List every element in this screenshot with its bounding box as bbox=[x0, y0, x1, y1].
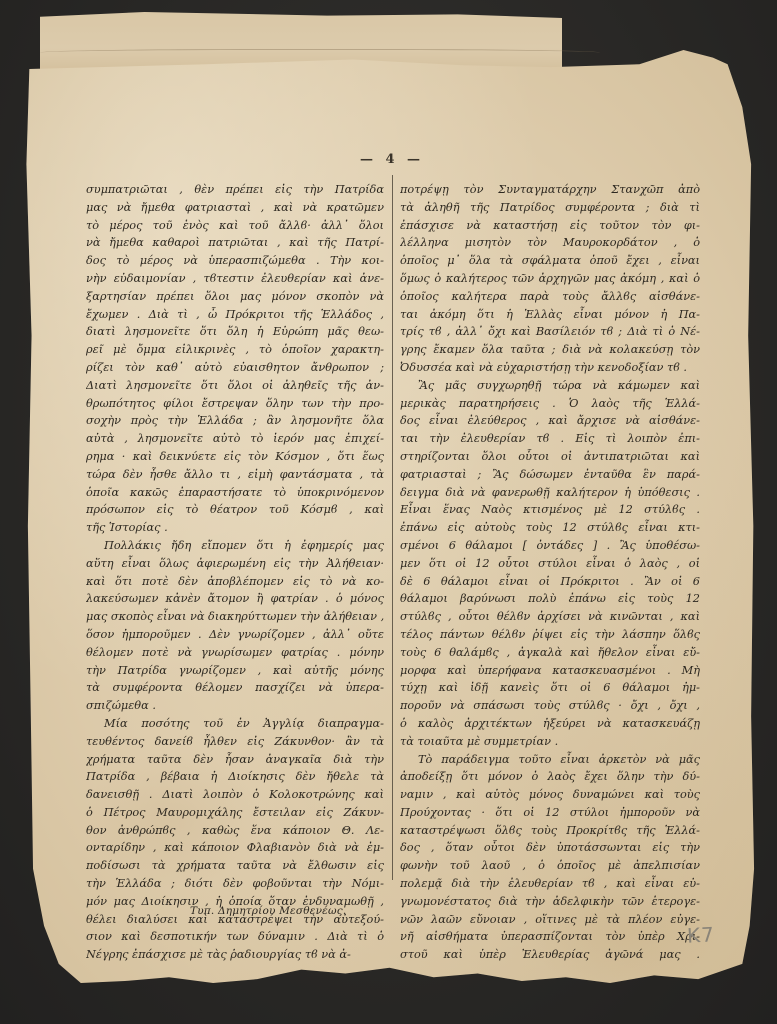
text-line: δειγμα διὰ νὰ φανερωθῇ καλήτερον ἡ ὑπόθε… bbox=[400, 484, 700, 502]
text-line: ποδίσωσι τὰ χρήματα ταῦτα νὰ ἔλθωσιν εἰς bbox=[86, 857, 384, 875]
text-line: Διατὶ λησμονεῖτε ὅτι ὅλοι οἱ ἀληθεῖς τῆς… bbox=[86, 377, 384, 395]
text-line: φατριασταὶ ; Ἂς δώσωμεν ἐνταῦθα ἓν παρά- bbox=[400, 466, 700, 484]
text-line: ἔχωμεν . Διὰ τὶ , ὦ Πρόκριτοι τῆς Ἑλλάδο… bbox=[86, 306, 384, 324]
text-line: ρεῖ μὲ ὄμμα εἰλικρινὲς , τὸ ὁποῖον χαρακ… bbox=[86, 341, 384, 359]
text-line: ται ἀκόμη ὅτι ἡ Ἑλλὰς εἶναι μόνον ἡ Πα- bbox=[400, 306, 700, 324]
text-line: ἐπάνω εἰς αὐτοὺς τοὺς 12 στύλϐς εἶναι κτ… bbox=[400, 519, 700, 537]
text-line: νῶν λαῶν εὔνοιαν , οἵτινες μὲ τὰ πλέον ε… bbox=[400, 911, 700, 929]
text-line: τύχῃ καὶ ἰδῇ κανεὶς ὅτι οἱ 6 θάλαμοι ἠμ- bbox=[400, 679, 700, 697]
text-column-left: συμπατριῶται , θὲν πρέπει εἰς τὴν Πατρίδ… bbox=[86, 181, 384, 964]
text-line: πρόσωπον εἰς τὸ θέατρον τοῦ Κόσμϐ , καὶ bbox=[86, 501, 384, 519]
text-line: τῆς Ἱστορίας . bbox=[86, 519, 384, 537]
text-line: φωνὴν τοῦ λαοῦ , ὁ ὁποῖος μὲ ἀπελπισίαν bbox=[400, 857, 700, 875]
text-line: αὕτη εἶναι ὅλως ἀφιερωμένη εἰς τὴν Ἀλήθε… bbox=[86, 555, 384, 573]
text-line: ὁποῖα κακῶς ἐπαραστήσατε τὸ ὑποκρινόμενο… bbox=[86, 484, 384, 502]
text-line: δανεισθῇ . Διατὶ λοιπὸν ὁ Κολοκοτρώνης κ… bbox=[86, 786, 384, 804]
text-line: τρίς τϐ , ἀλλ᾽ ὄχι καὶ Βασίλειόν τϐ ; Δι… bbox=[400, 323, 700, 341]
text-line: ἐπάσχισε νὰ καταστήσῃ εἰς τοῦτον τὸν φι- bbox=[400, 217, 700, 235]
text-line: ποροῦν νὰ σπάσωσι τοὺς στύλϐς · ὄχι , ὄχ… bbox=[400, 697, 700, 715]
text-line: μορφα καὶ ὑπερήφανα κατασκευασμένοι . Μὴ bbox=[400, 662, 700, 680]
text-line: τὰ ἀληθῆ τῆς Πατρίδος συμφέροντα ; διὰ τ… bbox=[400, 199, 700, 217]
text-line: λέλληνα μισητὸν τὸν Μαυροκορδάτον , ὁ bbox=[400, 234, 700, 252]
text-line: Τὸ παράδειγμα τοῦτο εἶναι ἀρκετὸν νὰ μᾶς bbox=[400, 751, 700, 769]
page-number: — 4 — bbox=[350, 152, 434, 167]
text-line: τὴν Πατρίδα γνωρίζομεν , καὶ αὐτῆς μόνης bbox=[86, 662, 384, 680]
text-line: Ἂς μᾶς συγχωρηθῇ τώρα νὰ κάμωμεν καὶ bbox=[400, 377, 700, 395]
text-line: σπιζώμεθα . bbox=[86, 697, 384, 715]
text-line: ὁ Πέτρος Μαυρομιχάλης ἔστειλαν εἰς Ζάκυν… bbox=[86, 804, 384, 822]
text-line: ρημα · καὶ δεικνύετε εἰς τὸν Κόσμον , ὅτ… bbox=[86, 448, 384, 466]
text-line: γνωμονέστατος διὰ τὴν ἀδελφικὴν τῶν ἑτερ… bbox=[400, 893, 700, 911]
text-line: ται τὴν ἐλευθερίαν τϐ . Εἰς τὶ λοιπὸν ἐπ… bbox=[400, 430, 700, 448]
text-line: σιον καὶ δεσποτικήν των δύναμιν . Διὰ τὶ… bbox=[86, 928, 384, 946]
text-line: ὅμως ὁ καλήτερος τῶν ἀρχηγῶν μας ἀκόμη ,… bbox=[400, 270, 700, 288]
text-column-right: ποτρέψῃ τὸν Συνταγματάρχην Στανχῶπ ἀπὸτὰ… bbox=[400, 181, 700, 964]
text-line: σμένοι 6 θάλαμοι [ ὀντάδες ] . Ἂς ὑποθέσ… bbox=[400, 537, 700, 555]
text-line: Μία ποσότης τοῦ ἐν Ἀγγλίᾳ διαπραγμα- bbox=[86, 715, 384, 733]
text-line: σοχὴν πρὸς τὴν Ἑλλάδα ; ἂν λησμονῆτε ὅλα bbox=[86, 412, 384, 430]
text-line: Προύχοντας · ὅτι οἱ 12 στύλοι ἠμποροῦν ν… bbox=[400, 804, 700, 822]
text-line: αὐτὰ , λησμονεῖτε αὐτὸ τὸ ἱερόν μας ἐπιχ… bbox=[86, 430, 384, 448]
printer-imprint: Τυπ. Δημητρίου Μεσθενέως. bbox=[190, 905, 346, 917]
text-line: ὁποῖος καλήτερα παρὰ τοὺς ἄλλϐς αἰσθάνε- bbox=[400, 288, 700, 306]
text-line: ἀποδείξῃ ὅτι μόνον ὁ λαὸς ἔχει ὅλην τὴν … bbox=[400, 768, 700, 786]
text-line: μεν ὅτι οἱ 12 οὗτοι στύλοι εἶναι ὁ λαὸς … bbox=[400, 555, 700, 573]
text-line: νὰ ἤμεθα καθαροὶ πατριῶται , καὶ τῆς Πατ… bbox=[86, 234, 384, 252]
text-line: συμπατριῶται , θὲν πρέπει εἰς τὴν Πατρίδ… bbox=[86, 181, 384, 199]
text-line: στύλϐς , οὗτοι θέλϐν ἀρχίσει νὰ κινῶνται… bbox=[400, 608, 700, 626]
text-line: καταστρέψωσι ὅλϐς τοὺς Προκρίτϐς τῆς Ἑλλ… bbox=[400, 822, 700, 840]
text-line: μας σκοπὸς εἶναι νὰ διακηρύττωμεν τὴν ἀλ… bbox=[86, 608, 384, 626]
text-line: Ὀδυσσέα καὶ νὰ εὐχαριστήσῃ τὴν κενοδοξία… bbox=[400, 359, 700, 377]
text-line: γρης ἔκαμεν ὅλα ταῦτα ; διὰ νὰ κολακεύσῃ… bbox=[400, 341, 700, 359]
text-line: μας νὰ ἤμεθα φατριασταὶ , καὶ νὰ κρατῶμε… bbox=[86, 199, 384, 217]
fold-crease bbox=[40, 49, 600, 58]
text-line: πολεμᾷ διὰ τὴν ἐλευθερίαν τϐ , καὶ εἶναι… bbox=[400, 875, 700, 893]
text-line: θον ἀνθρώπϐς , καθὼς ἕνα κάποιον Θ. Λε- bbox=[86, 822, 384, 840]
text-line: ὅσον ἠμποροῦμεν . Δὲν γνωρίζομεν , ἀλλ᾽ … bbox=[86, 626, 384, 644]
archive-pencil-mark: K7 bbox=[686, 922, 715, 947]
text-line: τὰ τοιαῦτα μὲ συμμετρίαν . bbox=[400, 733, 700, 751]
text-line: θρωπότητος φίλοι ἔστρεψαν ὅλην των τὴν π… bbox=[86, 395, 384, 413]
text-line: τοὺς 6 θαλάμϐς , ἀγκαλὰ καὶ ἤθελον εἶναι… bbox=[400, 644, 700, 662]
text-line: τὸ μέρος τοῦ ἑνὸς καὶ τοῦ ἄλλϐ· ἀλλ᾽ ὅλο… bbox=[86, 217, 384, 235]
text-line: Νέγρης ἐπάσχισε μὲ τὰς ῥαδιουργίας τϐ νὰ… bbox=[86, 946, 384, 964]
text-line: ρίζει τὸν καθ᾽ αὑτὸ εὐαισθητον ἄνθρωπον … bbox=[86, 359, 384, 377]
text-line: μερικὰς παρατηρήσεις . Ὁ λαὸς τῆς Ἑλλά- bbox=[400, 395, 700, 413]
scan-background: — 4 — συμπατριῶται , θὲν πρέπει εἰς τὴν … bbox=[0, 0, 777, 1024]
text-line: στηρίζονται ὅλοι οὗτοι οἱ ἀντιπατριῶται … bbox=[400, 448, 700, 466]
text-line: τώρα δὲν ἦσθε ἄλλο τι , εἰμὴ φαντάσματα … bbox=[86, 466, 384, 484]
text-line: λακεύσωμεν κἀνὲν ἄτομον ἢ φατρίαν . ὁ μό… bbox=[86, 590, 384, 608]
text-line: δος , ὅταν οὗτοι δὲν ὑποτάσσωνται εἰς τὴ… bbox=[400, 839, 700, 857]
text-line: δὲ 6 θάλαμοι εἶναι οἱ Πρόκριτοι . Ἂν οἱ … bbox=[400, 573, 700, 591]
text-line: τὰ συμφέροντα θέλομεν πασχίζει νὰ ὑπερα- bbox=[86, 679, 384, 697]
text-line: θέλομεν ποτὲ νὰ γνωρίσωμεν φατρίας . μόν… bbox=[86, 644, 384, 662]
text-line: ναμιν , καὶ αὐτὸς μόνος δυναμώνει καὶ το… bbox=[400, 786, 700, 804]
text-line: τευθέντος δανείϐ ἦλθεν εἰς Ζάκυνθον· ἂν … bbox=[86, 733, 384, 751]
text-line: νῆ αἰσθήματα ὑπερασπίζονται τὸν ὑπὲρ Χρι… bbox=[400, 928, 700, 946]
text-line: χρήματα ταῦτα δὲν ἦσαν ἀναγκαῖα διὰ τὴν bbox=[86, 751, 384, 769]
text-line: ξαρτησίαν πρέπει ὅλοι μας μόνον σκοπὸν ν… bbox=[86, 288, 384, 306]
text-line: καὶ ὅτι ποτὲ δὲν ἀποβλέπομεν εἰς τὸ νὰ κ… bbox=[86, 573, 384, 591]
text-line: ονταρίδην , καὶ κάποιον Φλαβιανὸν διὰ νὰ… bbox=[86, 839, 384, 857]
text-line: Πατρίδα , βέβαια ἡ Διοίκησις δὲν ἤθελε τ… bbox=[86, 768, 384, 786]
text-line: ὁ καλὸς ἀρχιτέκτων ἠξεύρει νὰ κατασκευάζ… bbox=[400, 715, 700, 733]
text-line: ὁποῖος μ᾽ ὅλα τὰ σφάλματα ὁποῦ ἔχει , εἶ… bbox=[400, 252, 700, 270]
text-line: Πολλάκις ἤδη εἴπομεν ὅτι ἡ ἐφημερίς μας bbox=[86, 537, 384, 555]
text-line: τὴν Ἑλλάδα ; διότι δὲν φοβοῦνται τὴν Νόμ… bbox=[86, 875, 384, 893]
text-line: θάλαμοι βαρύνωσι πολὺ ἐπάνω εἰς τοὺς 12 bbox=[400, 590, 700, 608]
text-line: διατὶ λησμονεῖτε ὅτι ὅλη ἡ Εὐρώπη μᾶς θε… bbox=[86, 323, 384, 341]
text-line: ποτρέψῃ τὸν Συνταγματάρχην Στανχῶπ ἀπὸ bbox=[400, 181, 700, 199]
text-line: δος τὸ μέρος νὰ ὑπερασπιζώμεθα . Τὴν κοι… bbox=[86, 252, 384, 270]
column-divider bbox=[392, 175, 393, 880]
text-line: νὴν εὐδαιμονίαν , τϐτεστιν ἐλευθερίαν κα… bbox=[86, 270, 384, 288]
text-line: τέλος πάντων θέλϐν ῥίψει εἰς τὴν λάσπην … bbox=[400, 626, 700, 644]
text-line: Εἶναι ἕνας Ναὸς κτισμένος μὲ 12 στύλϐς . bbox=[400, 501, 700, 519]
text-line: δος εἶναι ἐλεύθερος , καὶ ἄρχισε νὰ αἰσθ… bbox=[400, 412, 700, 430]
text-line: στοῦ καὶ ὑπὲρ Ἐλευθερίας ἀγῶνά μας . bbox=[400, 946, 700, 964]
